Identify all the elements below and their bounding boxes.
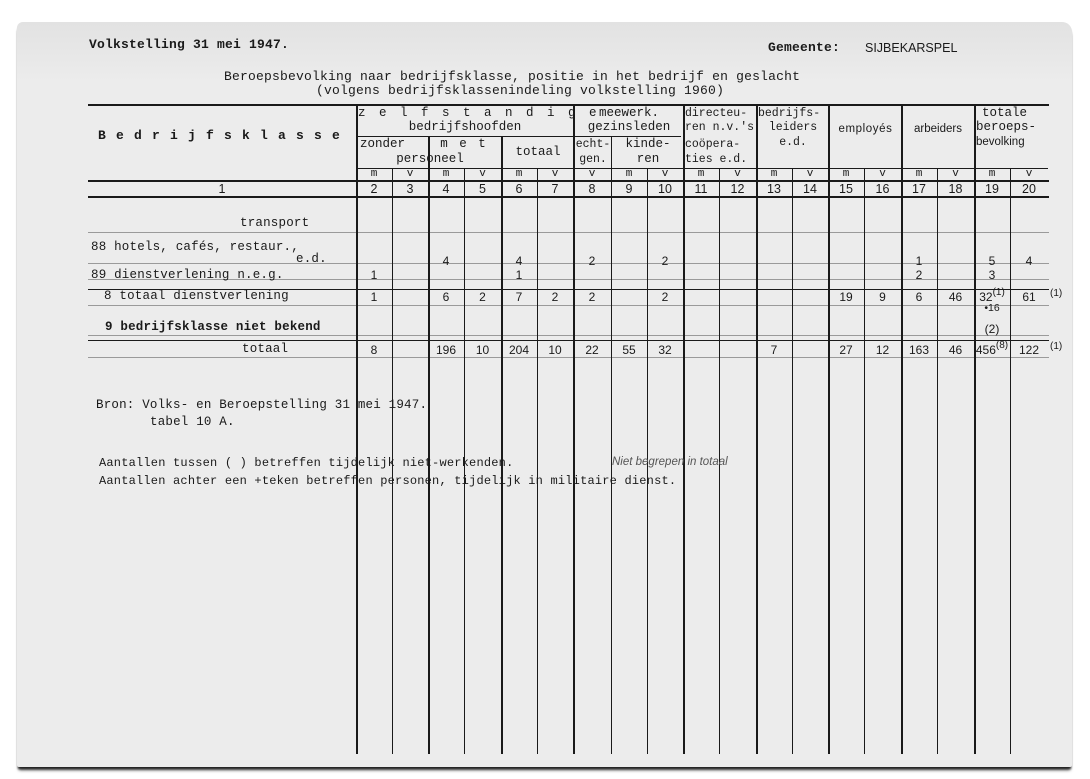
header-meewerk: meewerk. [575,107,683,120]
sex-label: m [756,168,792,181]
header-directeuren-2: ren n.v.'s [685,121,757,134]
column-number: 9 [611,182,647,196]
note-parentheses: Aantallen tussen ( ) betreffen tijdelijk… [99,456,513,470]
table-cell: 27 [828,343,864,357]
ruled-line [88,305,1049,306]
table-cell: 1 [356,268,392,282]
table-cell: 5 [974,254,1010,268]
table-cell: 1 [901,254,937,268]
table-cell: 32 [647,343,683,357]
total-rule [88,340,1049,341]
sex-label: v [937,168,974,181]
table-cell: 1 [501,268,537,282]
header-kinderen: kinde- [613,138,683,151]
row-label-88-cont: e.d. [296,252,327,266]
source-line-1: Bron: Volks- en Beroepstelling 31 mei 19… [96,398,427,412]
header-employes: employés [830,123,901,135]
column-number: 20 [1010,182,1048,196]
column-number: 10 [647,182,683,196]
sex-label: v [792,168,828,181]
sex-label: m [974,168,1010,181]
column-number: 5 [464,182,501,196]
table-cell: 163 [901,343,937,357]
header-bedrijfsleiders-3: e.d. [758,136,828,149]
table-cell: 2 [647,254,683,268]
table-title-line1: Beroepsbevolking naar bedrijfsklasse, po… [224,69,800,84]
table-cell: 6 [428,290,464,304]
table-cell: 2 [647,290,683,304]
header-zelfstandige: z e l f s t a n d i g e [358,107,572,120]
table-cell: 55 [611,343,647,357]
military-service-note: •16 [974,302,1010,314]
column-number: 19 [974,182,1010,196]
header-bedrijfshoofden: bedrijfshoofden [358,121,572,134]
source-line-2: tabel 10 A. [150,415,235,429]
column-number: 13 [756,182,792,196]
row-label-89: 89 dienstverlening n.e.g. [91,268,284,282]
table-cell: 46 [937,290,974,304]
col-divider [864,168,865,754]
col-divider [356,104,358,754]
table-cell: 46 [937,343,974,357]
header-gen: gen. [575,153,611,166]
table-cell: 2 [464,290,501,304]
header-bottom-rule [88,196,1049,198]
table-cell: 12 [864,343,901,357]
col-divider [828,104,830,754]
sex-label: m [901,168,937,181]
column-number: 7 [537,182,573,196]
table-cell: 9 [864,290,901,304]
column-number: 11 [683,182,719,196]
col-divider [611,136,612,754]
table-cell: 4 [1010,254,1048,268]
column-number: 12 [719,182,756,196]
row-label-8: 8 totaal dienstverlening [104,289,289,303]
col-divider [792,168,793,754]
header-totale: totale [976,107,1056,120]
column-number: 14 [792,182,828,196]
col-divider [573,104,575,754]
column-number: 2 [356,182,392,196]
header-bevolking: bevolking [976,136,1050,148]
sex-label: m [428,168,464,181]
sex-label: v [1010,168,1048,181]
table-cell: 456(8) [974,343,1010,357]
table-cell: 3 [974,268,1010,282]
header-personeel: personeel [385,153,475,166]
col-divider [756,104,758,754]
table-cell: 6 [901,290,937,304]
header-met: m e t [432,138,496,151]
table-cell: 2 [573,254,611,268]
sex-label: m [356,168,392,181]
col-divider [683,104,685,754]
header-ren: ren [613,153,683,166]
table-cell: 61(1) [1010,290,1048,304]
header-bedrijfsklasse: B e d r i j f s k l a s s e [98,128,341,143]
header-totaal: totaal [503,146,573,159]
column-number: 4 [428,182,464,196]
census-title: Volkstelling 31 mei 1947. [89,37,289,52]
row-label-transport: transport [240,216,309,230]
sex-label: m [828,168,864,181]
sex-label: v [573,168,611,181]
column-number: 6 [501,182,537,196]
table-cell: 2 [537,290,573,304]
header-gezinsleden: gezinsleden [575,121,683,134]
column-number: 16 [864,182,901,196]
row-label-9: 9 bedrijfsklasse niet bekend [105,320,321,334]
footnote-marker: (1) [1050,288,1062,299]
municipality-value: SIJBEKARSPEL [865,41,957,55]
table-cell: 7 [501,290,537,304]
header-directeuren-3: coöpera- [685,138,757,151]
table-cell: 2 [901,268,937,282]
table-cell: (2) [974,322,1010,336]
sex-label: m [683,168,719,181]
col-divider [537,168,538,754]
header-bedrijfsleiders-2: leiders [758,121,828,134]
table-cell: 8 [356,343,392,357]
header-arbeiders: arbeiders [902,123,974,135]
sex-label: v [392,168,428,181]
table-cell: 196 [428,343,464,357]
header-beroeps: beroeps- [976,121,1050,134]
table-cell: 4 [501,254,537,268]
table-cell: 10 [537,343,573,357]
table-cell: 122(1) [1010,343,1048,357]
table-cell: 7 [756,343,792,357]
footnote-marker: (8) [996,340,1008,351]
table-cell: 10 [464,343,501,357]
header-bedrijfsleiders-1: bedrijfs- [758,107,828,120]
row-label-totaal: totaal [242,342,288,356]
column-number: 15 [828,182,864,196]
table-cell: 1 [356,290,392,304]
header-directeuren-1: directeu- [685,107,757,120]
footnote-marker: (1) [993,287,1005,298]
sex-label: v [464,168,501,181]
sex-label: v [864,168,901,181]
sex-label: m [611,168,647,181]
column-number: 3 [392,182,428,196]
table-cell: 22 [573,343,611,357]
column-number: 18 [937,182,974,196]
table-cell: 4 [428,254,464,268]
header-directeuren-4: ties e.d. [685,153,757,166]
ruled-line [88,357,1049,358]
header-echtgen: echt- [575,138,611,151]
col-divider [974,104,976,754]
header-zonder: zonder [360,138,420,151]
sex-label: v [537,168,573,181]
column-number: 17 [901,182,937,196]
col-divider [937,168,938,754]
row-label-88: 88 hotels, cafés, restaur., [91,240,299,254]
col-divider [501,136,503,754]
table-cell: 204 [501,343,537,357]
footnote-marker: (1) [1050,341,1062,352]
ruled-line [88,232,1049,233]
table-cell: 19 [828,290,864,304]
col-divider [901,104,903,754]
municipality-label: Gemeente: [768,40,840,55]
note-handwritten: Niet begrepen in totaal [612,456,728,468]
table-cell: 2 [573,290,611,304]
column-number: 1 [88,182,356,196]
col-divider [428,136,430,754]
table-title-line2: (volgens bedrijfsklassenindeling volkste… [316,83,724,98]
sex-label: v [647,168,683,181]
column-number: 8 [573,182,611,196]
note-plus-sign: Aantallen achter een +teken betreffen pe… [99,474,676,488]
sex-label: m [501,168,537,181]
ruled-line [88,335,1049,336]
sex-label: v [719,168,756,181]
